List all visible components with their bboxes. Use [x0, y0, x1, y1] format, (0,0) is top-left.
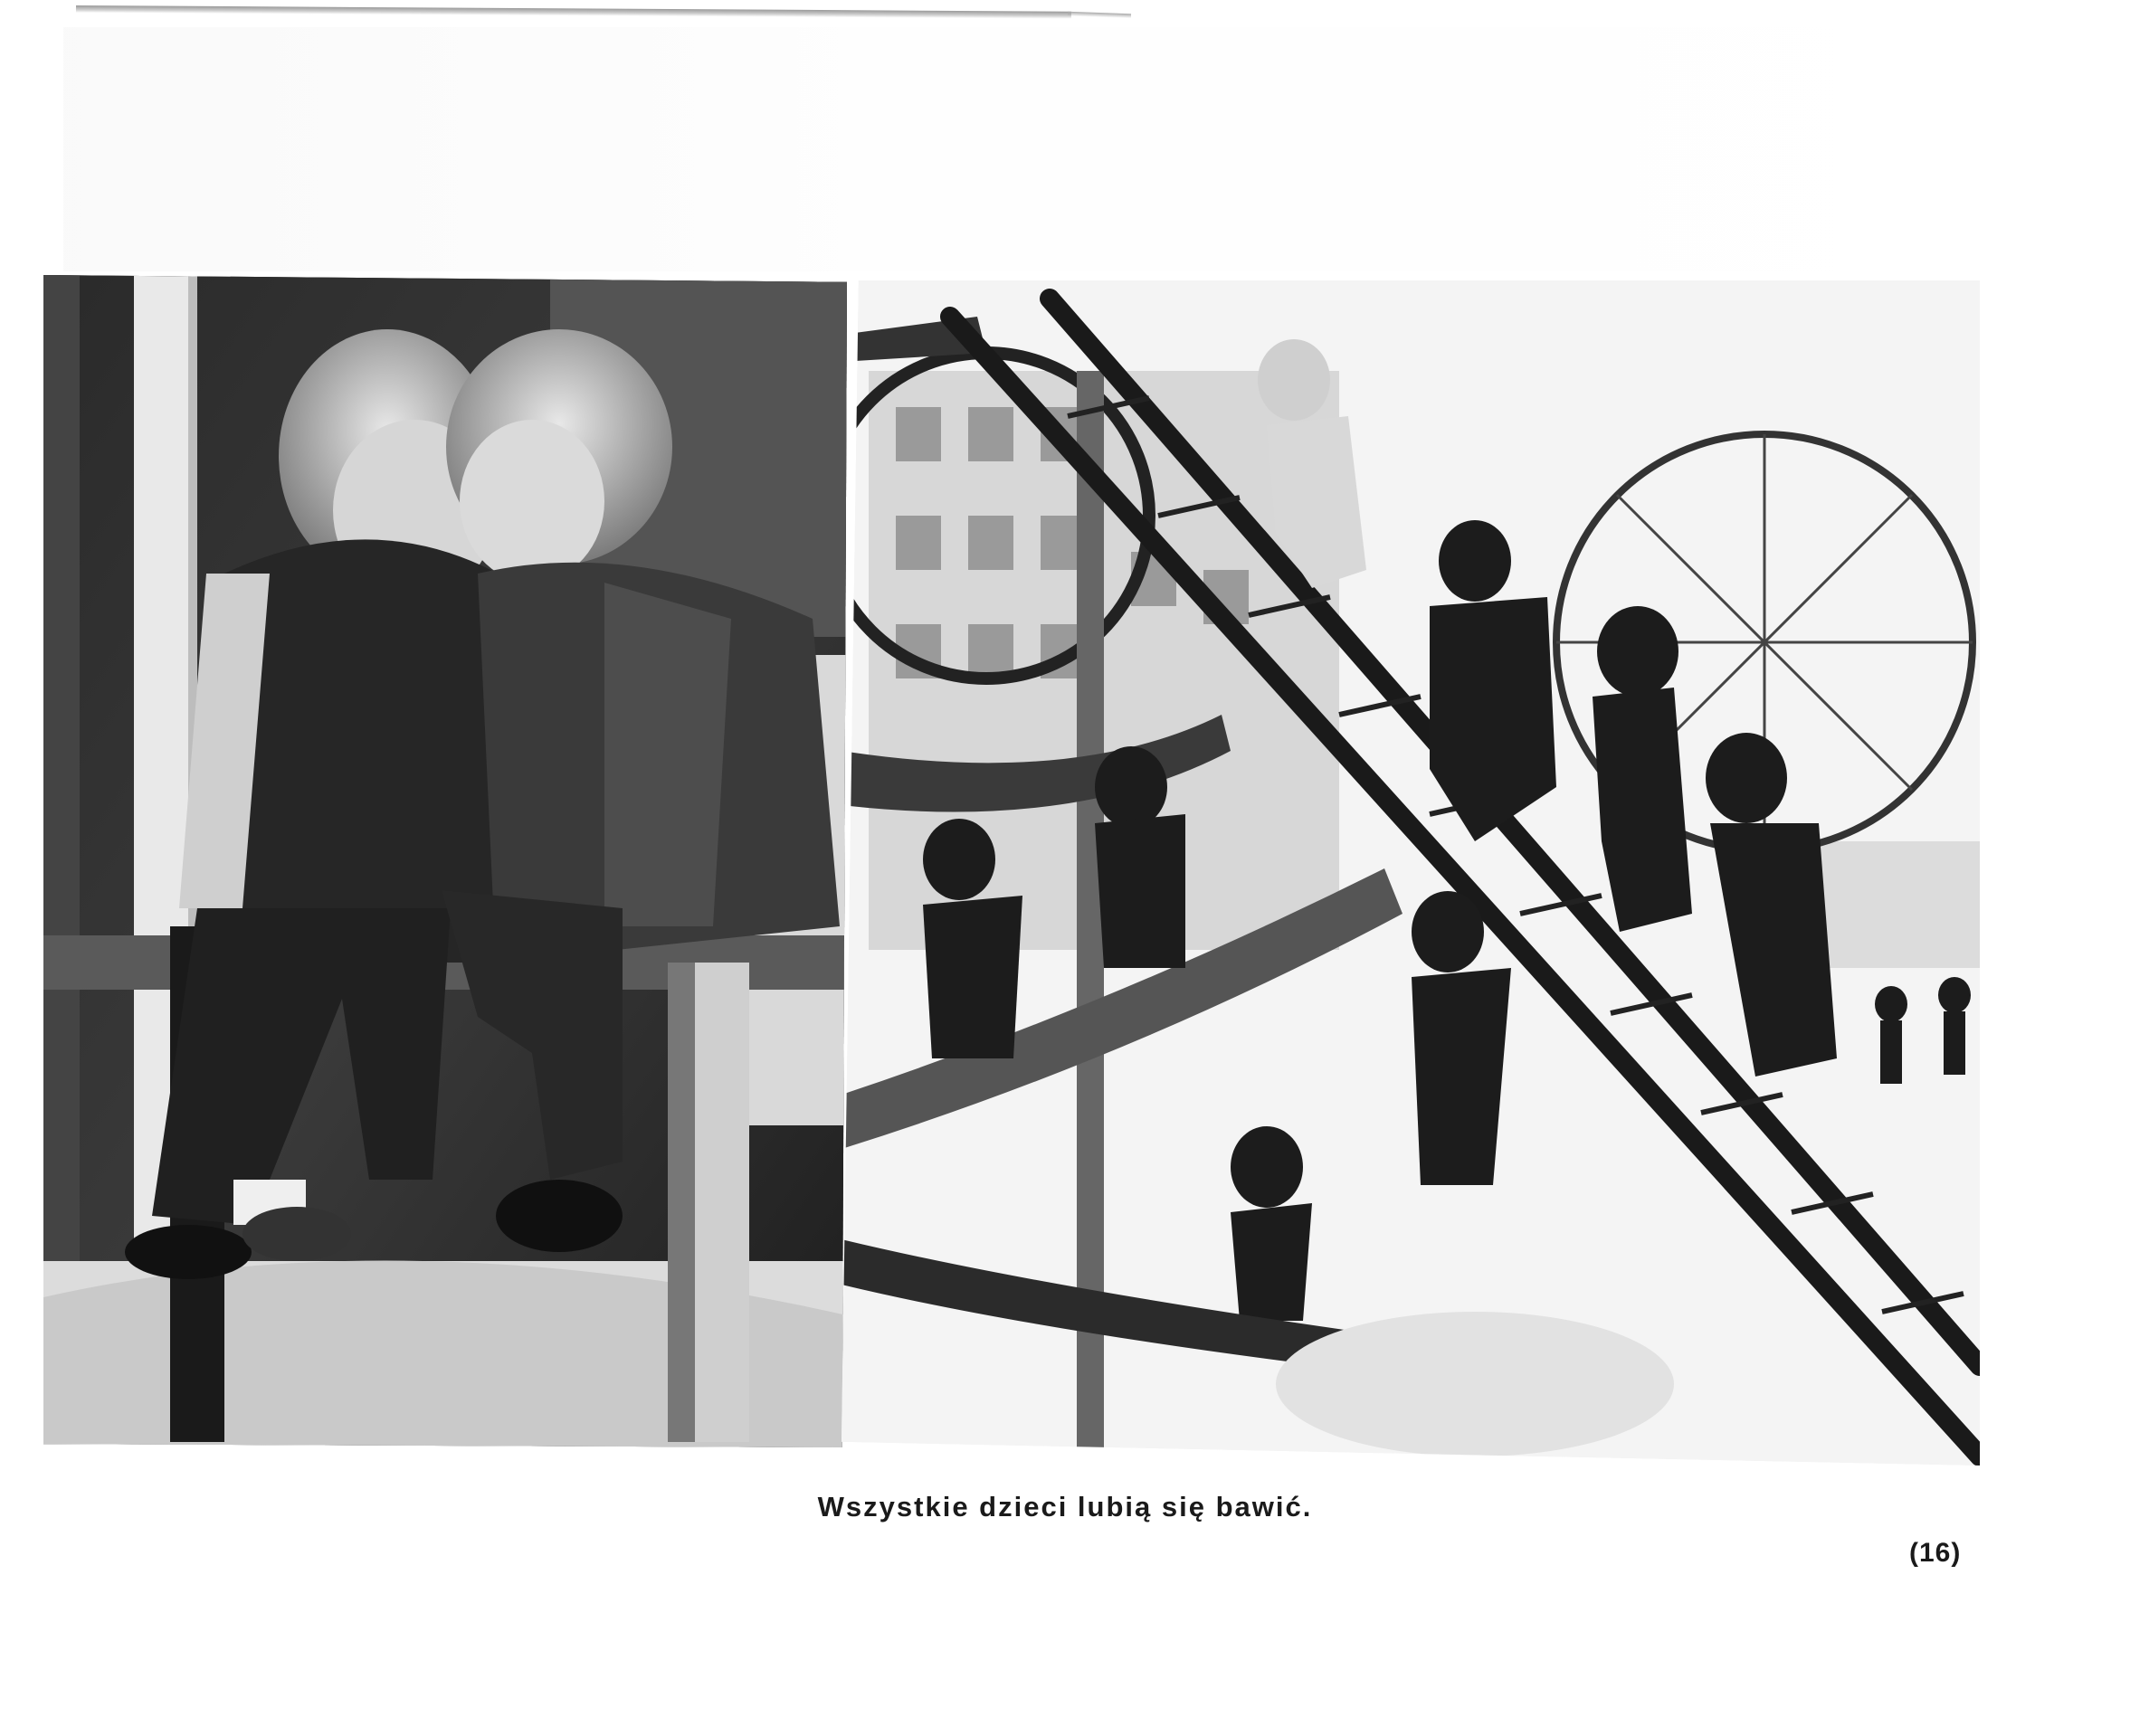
playground-slide-illustration [842, 280, 1980, 1466]
right-photo [842, 280, 1980, 1466]
left-photo [43, 275, 847, 1447]
page-number: (16) [1909, 1538, 1961, 1569]
scan-shading [63, 27, 2054, 271]
caption: Wszystkie dzieci lubią się bawić. [0, 1491, 2130, 1523]
page-top-edge-end [1068, 12, 1131, 18]
children-kissing-illustration [43, 275, 847, 1447]
page-top-edge [76, 5, 1071, 19]
